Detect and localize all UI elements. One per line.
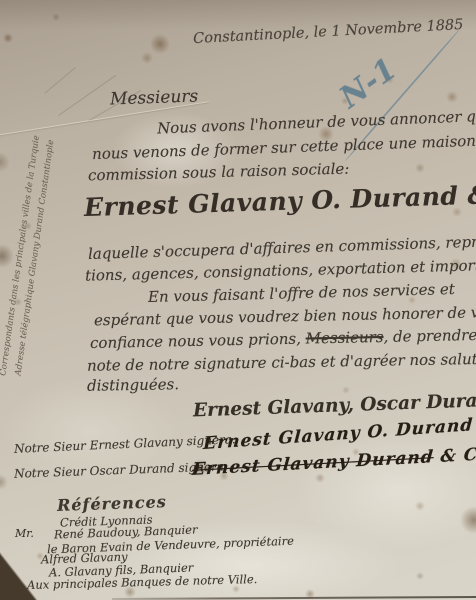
paper-edge-shadow [112, 596, 476, 600]
closing-line: espérant que vous voudrez bien nous hono… [94, 303, 476, 330]
closing-line: note de notre signature ci-bas et d'agré… [87, 349, 476, 375]
references-prefix: Mr. [15, 527, 34, 540]
letter-document: Constantinople, le 1 Novembre 1885 N-1 M… [0, 0, 476, 600]
torn-corner [0, 550, 58, 600]
margin-note: Correspondants dans les principales vill… [0, 111, 67, 403]
firm-name-text: Ernest Glavany O. Durand & C [84, 179, 476, 222]
printed-signature: Ernest Glavany, Oscar Durand [193, 390, 476, 422]
salutation: Messieurs [110, 86, 199, 109]
intro-line: nous venons de former sur cette place un… [92, 131, 476, 163]
dateline: Constantinople, le 1 Novembre 1885 [193, 17, 464, 47]
firm-name: Ernest Glavany O. Durand & Cie [84, 179, 476, 222]
closing-line: En vous faisant l'offre de nos services … [148, 280, 455, 306]
closing-line-pre: confiance nous vous prions, [90, 330, 306, 353]
closing-line: distinguées. [87, 375, 179, 395]
pencil-scribble [44, 67, 75, 93]
struck-word: Messieurs [306, 328, 384, 348]
intro-line: commission sous la raison sociale: [88, 160, 350, 185]
closing-line: confiance nous vous prions, Messieurs, d… [90, 326, 476, 352]
closing-line-post: , de prendre [383, 326, 476, 346]
ink-company-flourish: & C [433, 445, 476, 467]
